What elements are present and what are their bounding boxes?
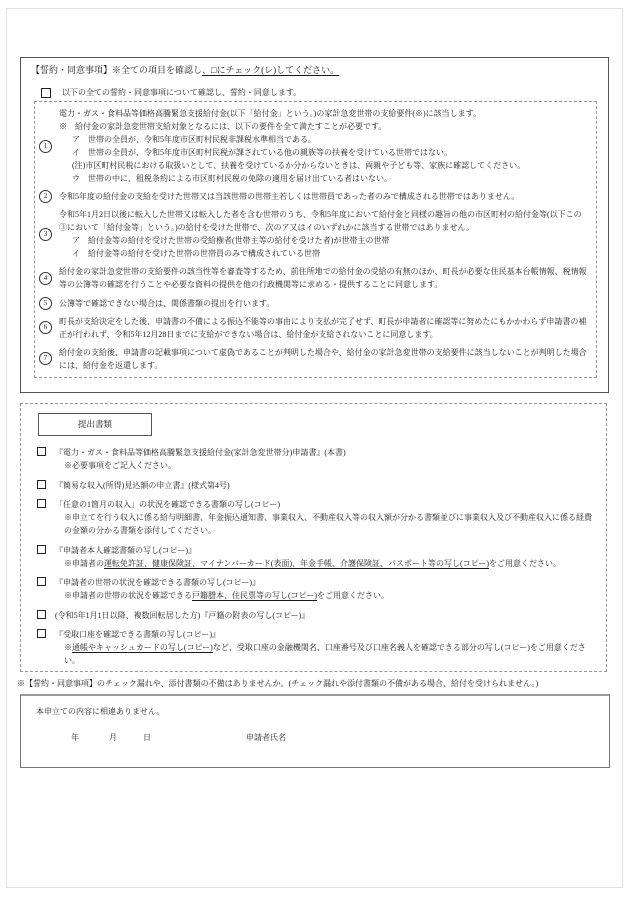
pledge-item: 5公簿等で確認できない場合は、関係書類の提出を行います。: [39, 297, 589, 310]
document-checkbox[interactable]: [37, 499, 46, 508]
document-checkbox[interactable]: [37, 577, 46, 586]
document-label: 『簡易な収入(所得)見込額の申立書』(様式第4号): [55, 479, 598, 492]
pledge-item-line: 令和5年度の給付金の支給を受けた世帯又は当該世帯の世帯主若しくは世帯員であった者…: [59, 190, 589, 203]
documents-title-box: 提出書類: [38, 413, 152, 436]
declaration-box: 本申立ての内容に相違ありません。 年 月 日 申請者氏名: [20, 694, 610, 768]
pledge-item: 4給付金の家計急変世帯の支給要件の該当性等を審査等するため、前住所地での給付金の…: [39, 265, 589, 291]
document-checkbox[interactable]: [37, 480, 46, 489]
document-item-body: 『電力・ガス・食料品等価格高騰緊急支援給付金(家計急変世帯分)申請書』(本書)※…: [55, 446, 598, 472]
master-agreement-label: 以下の全ての誓約・同意事項について確認し、誓約・同意します。: [62, 86, 301, 99]
item-number-circle: 2: [39, 190, 52, 203]
document-item: 『申請者本人確認書類の写し(コピー)』※申請者の運転免許証、健康保険証、マイナン…: [37, 544, 598, 570]
document-item-body: 『申請者の世帯の状況を確認できる書類の写し(コピー)』※申請者の世帯の状況を確認…: [55, 576, 598, 602]
pledge-section: 【誓約・同意事項】※全ての項目を確認し、□にチェック(レ)してください。 以下の…: [20, 57, 609, 393]
document-note: ※通帳やキャッシュカードの写し(コピー)など、受取口座の金融機関名、口座番号及び…: [55, 641, 598, 667]
document-label: (令和5年1月1日以降、複数回転居した方)『戸籍の附表の写し(コピー)』: [55, 609, 598, 622]
document-label: 『申請者本人確認書類の写し(コピー)』: [55, 544, 598, 557]
document-item-body: 『簡易な収入(所得)見込額の申立書』(様式第4号): [55, 479, 598, 492]
master-agreement-checkbox[interactable]: [41, 88, 51, 98]
pledge-item-line: イ 世帯の全員が、令和5年度市区町村民税が課されている他の親族等の扶養を受けてい…: [59, 146, 589, 159]
pledge-item-text: 令和5年1月2日以後に転入した世帯又は転入した者を含む世帯のうち、令和5年度にお…: [59, 208, 589, 260]
document-checkbox[interactable]: [37, 629, 46, 638]
declaration-date-name-line: 年 月 日 申請者氏名: [71, 731, 609, 744]
document-note: ※申立てを行う収入に係る給与明細書、年金振込通知書、事業収入、不動産収入等の収入…: [55, 511, 598, 537]
pledge-item-text: 給付金の支給後、申請書の記載事項について虚偽であることが判明した場合や、給付金の…: [59, 346, 589, 372]
document-item-body: (令和5年1月1日以降、複数回転居した方)『戸籍の附表の写し(コピー)』: [55, 609, 598, 622]
pledge-item-text: 公簿等で確認できない場合は、関係書類の提出を行います。: [59, 297, 589, 310]
pledge-item-line: ア 世帯の全員が、令和5年度市区町村民税非課税水準相当である。: [59, 133, 589, 146]
pledge-item-line: 電力・ガス・食料品等価格高騰緊急支援給付金(以下「給付金」という。)の家計急変世…: [59, 107, 589, 120]
pledge-item-text: 令和5年度の給付金の支給を受けた世帯又は当該世帯の世帯主若しくは世帯員であった者…: [59, 190, 589, 203]
declaration-statement: 本申立ての内容に相違ありません。: [36, 705, 609, 718]
document-item-body: 「任意の1箇月の収入」の状況を確認できる書類の写し(コピー)※申立てを行う収入に…: [55, 498, 598, 537]
pledge-item-line: 町長が支給決定をした後、申請書の不備による振込不能等の事由により支払が完了せず、…: [59, 315, 589, 341]
item-number-circle: 1: [39, 140, 52, 153]
pledge-item-line: (注)市区町村民税における取扱いとして、扶養を受けているか分からないときは、両親…: [59, 159, 589, 172]
pledge-item-line: 公簿等で確認できない場合は、関係書類の提出を行います。: [59, 297, 589, 310]
document-checkbox[interactable]: [37, 545, 46, 554]
master-agreement-row: 以下の全ての誓約・同意事項について確認し、誓約・同意します。: [41, 86, 301, 99]
pledge-item-line: 給付金の家計急変世帯の支給要件の該当性等を審査等するため、前住所地での給付金の受…: [59, 265, 589, 291]
document-item-body: 『受取口座を確認できる書類の写し(コピー)』※通帳やキャッシュカードの写し(コピ…: [55, 628, 598, 667]
pledge-item-line: ウ 世帯の中に、租税条約による市区町村民税の免除の適用を届け出ている者はいない。: [59, 172, 589, 185]
pledge-heading-text: 【誓約・同意事項】※全ての項目を確認し: [31, 65, 202, 75]
document-label: 『電力・ガス・食料品等価格高騰緊急支援給付金(家計急変世帯分)申請書』(本書): [55, 446, 598, 459]
document-item: 『簡易な収入(所得)見込額の申立書』(様式第4号): [37, 479, 598, 492]
pledge-item-line: 令和5年1月2日以後に転入した世帯又は転入した者を含む世帯のうち、令和5年度にお…: [59, 208, 589, 234]
document-item: 「任意の1箇月の収入」の状況を確認できる書類の写し(コピー)※申立てを行う収入に…: [37, 498, 598, 537]
year-label: 年: [71, 731, 79, 744]
pledge-heading: 【誓約・同意事項】※全ての項目を確認し、□にチェック(レ)してください。: [31, 64, 339, 77]
pledge-item-text: 電力・ガス・食料品等価格高騰緊急支援給付金(以下「給付金」という。)の家計急変世…: [59, 107, 589, 185]
pledge-item-line: ※ 給付金の家計急変世帯支給対象となるには、以下の要件を全て満たすことが必要です…: [59, 120, 589, 133]
document-label: 「任意の1箇月の収入」の状況を確認できる書類の写し(コピー): [55, 498, 598, 511]
document-item: 『申請者の世帯の状況を確認できる書類の写し(コピー)』※申請者の世帯の状況を確認…: [37, 576, 598, 602]
pledge-item-line: ア 給付金等の給付を受けた世帯の受給権者(世帯主等の給付を受けた者)が世帯主の世…: [59, 234, 589, 247]
pledge-item-text: 給付金の家計急変世帯の支給要件の該当性等を審査等するため、前住所地での給付金の受…: [59, 265, 589, 291]
document-checkbox[interactable]: [37, 610, 46, 619]
footer-note: ※【誓約・同意事項】のチェック漏れや、添付書類の不備はありませんか。(チェック漏…: [17, 677, 617, 690]
pledge-item: 1電力・ガス・食料品等価格高騰緊急支援給付金(以下「給付金」という。)の家計急変…: [39, 107, 589, 185]
document-item: (令和5年1月1日以降、複数回転居した方)『戸籍の附表の写し(コピー)』: [37, 609, 598, 622]
applicant-name-label: 申請者氏名: [246, 731, 286, 744]
document-item: 『受取口座を確認できる書類の写し(コピー)』※通帳やキャッシュカードの写し(コピ…: [37, 628, 598, 667]
item-number-circle: 5: [39, 297, 52, 310]
document-note: ※必要事項をご記入ください。: [55, 459, 598, 472]
pledge-item-line: 給付金の支給後、申請書の記載事項について虚偽であることが判明した場合や、給付金の…: [59, 346, 589, 372]
documents-title: 提出書類: [78, 418, 112, 431]
document-item: 『電力・ガス・食料品等価格高騰緊急支援給付金(家計急変世帯分)申請書』(本書)※…: [37, 446, 598, 472]
pledge-item: 7給付金の支給後、申請書の記載事項について虚偽であることが判明した場合や、給付金…: [39, 346, 589, 372]
item-number-circle: 4: [39, 272, 52, 285]
pledge-items-list: 1電力・ガス・食料品等価格高騰緊急支援給付金(以下「給付金」という。)の家計急変…: [34, 101, 597, 378]
item-number-circle: 6: [39, 321, 52, 334]
document-label: 『受取口座を確認できる書類の写し(コピー)』: [55, 628, 598, 641]
documents-list: 『電力・ガス・食料品等価格高騰緊急支援給付金(家計急変世帯分)申請書』(本書)※…: [37, 446, 598, 667]
item-number-circle: 3: [39, 228, 52, 241]
pledge-item-line: イ 給付金等の給付を受けた世帯の世帯員のみで構成されている世帯: [59, 247, 589, 260]
pledge-item: 3令和5年1月2日以後に転入した世帯又は転入した者を含む世帯のうち、令和5年度に…: [39, 208, 589, 260]
pledge-item: 6町長が支給決定をした後、申請書の不備による振込不能等の事由により支払が完了せず…: [39, 315, 589, 341]
item-number-circle: 7: [39, 352, 52, 365]
document-item-body: 『申請者本人確認書類の写し(コピー)』※申請者の運転免許証、健康保険証、マイナン…: [55, 544, 598, 570]
day-label: 日: [143, 731, 151, 744]
month-label: 月: [109, 731, 117, 744]
document-note: ※申請者の運転免許証、健康保険証、マイナンバーカード(表面)、年金手帳、介護保険…: [55, 557, 598, 570]
pledge-item-text: 町長が支給決定をした後、申請書の不備による振込不能等の事由により支払が完了せず、…: [59, 315, 589, 341]
pledge-heading-underlined-text: 、□にチェック(レ)してください。: [202, 65, 339, 75]
pledge-item: 2令和5年度の給付金の支給を受けた世帯又は当該世帯の世帯主若しくは世帯員であった…: [39, 190, 589, 203]
document-note: ※申請者の世帯の状況を確認できる戸籍謄本、住民票等の写し(コピー)をご用意くださ…: [55, 589, 598, 602]
document-checkbox[interactable]: [37, 447, 46, 456]
document-label: 『申請者の世帯の状況を確認できる書類の写し(コピー)』: [55, 576, 598, 589]
documents-section: 提出書類 『電力・ガス・食料品等価格高騰緊急支援給付金(家計急変世帯分)申請書』…: [20, 403, 607, 672]
